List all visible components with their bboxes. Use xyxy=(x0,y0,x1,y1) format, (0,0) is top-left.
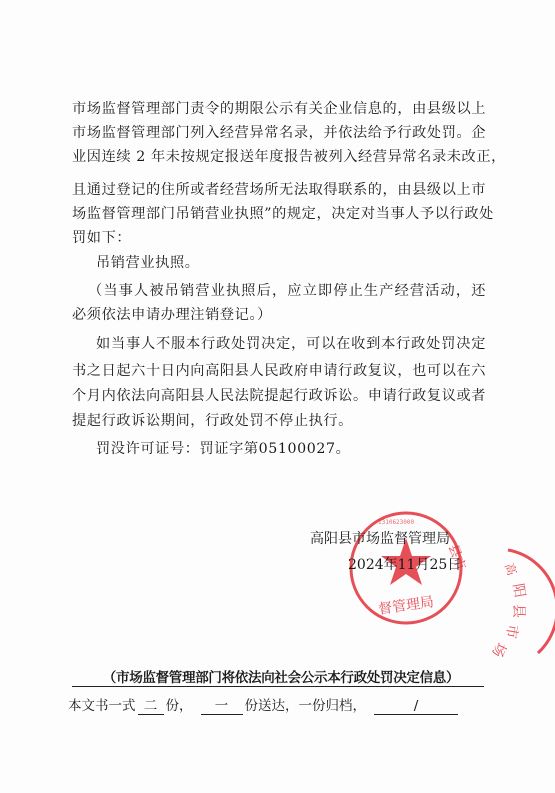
divider xyxy=(72,686,484,687)
body-line: 市场监督管理部门列入经营异常名录，并依法给予行政处罚。企 xyxy=(72,124,486,142)
penalty-text: 吊销营业执照。 xyxy=(96,254,486,272)
appeal-line: 提起行政诉讼期间，行政处罚不停止执行。 xyxy=(72,412,486,430)
copies-unit: 份， xyxy=(166,694,193,714)
issue-date: 2024年11月25日 xyxy=(348,554,461,574)
appeal-line: 书之日起六十日内向高阳县人民政府申请行政复议，也可以在六 xyxy=(72,362,486,380)
body-line: 罚如下： xyxy=(72,229,486,247)
copies-other-field: / xyxy=(374,698,458,715)
copies-total-field: 二 xyxy=(138,698,164,715)
copies-statement: 本文书一式 二 份， 一 份送达，一份归档， / xyxy=(68,694,460,715)
svg-text:高: 高 xyxy=(502,561,520,577)
svg-text:督管理局: 督管理局 xyxy=(377,593,435,618)
partial-seal-icon: 高 阳 县 市 场 xyxy=(478,548,555,658)
body-line: 市场监督管理部门责令的期限公示有关企业信息的，由县级以上 xyxy=(72,100,486,118)
license-number: 罚没许可证号：罚证字第05100027。 xyxy=(96,440,486,458)
note-line: （当事人被吊销营业执照后，应立即停止生产经营活动，还 xyxy=(88,282,486,300)
body-line: 业因连续 2 年未按规定报送年度报告被列入经营异常名录未改正， xyxy=(72,148,486,166)
body-line: 且通过登记的住所或者经营场所无法取得联系的，由县级以上市 xyxy=(72,181,486,199)
svg-text:市: 市 xyxy=(502,623,520,640)
appeal-line: 个月内依法向高阳县人民法院提起行政诉讼。申请行政复议或者 xyxy=(72,387,486,405)
svg-text:县: 县 xyxy=(510,604,526,618)
copies-served-field: 一 xyxy=(201,698,243,715)
appeal-line: 如当事人不服本行政处罚决定，可以在收到本行政处罚决定 xyxy=(96,335,486,353)
copies-mid: 份送达，一份归档， xyxy=(245,694,367,714)
svg-text:1310623000: 1310623000 xyxy=(378,519,415,526)
document-page: 市场监督管理部门责令的期限公示有关企业信息的，由县级以上 市场监督管理部门列入经… xyxy=(0,0,555,793)
svg-text:场: 场 xyxy=(488,640,509,658)
svg-text:阳: 阳 xyxy=(509,582,527,599)
copies-prefix: 本文书一式 xyxy=(68,694,136,714)
note-line: 必须依法申请办理注销登记。） xyxy=(72,306,486,324)
body-line: 场监督管理部门吊销营业执照”的规定，决定对当事人予以行政处 xyxy=(72,205,486,223)
public-notice: （市场监督管理部门将依法向社会公示本行政处罚决定信息） xyxy=(96,666,466,686)
issuing-authority: 高阳县市场监督管理局 xyxy=(310,528,450,548)
